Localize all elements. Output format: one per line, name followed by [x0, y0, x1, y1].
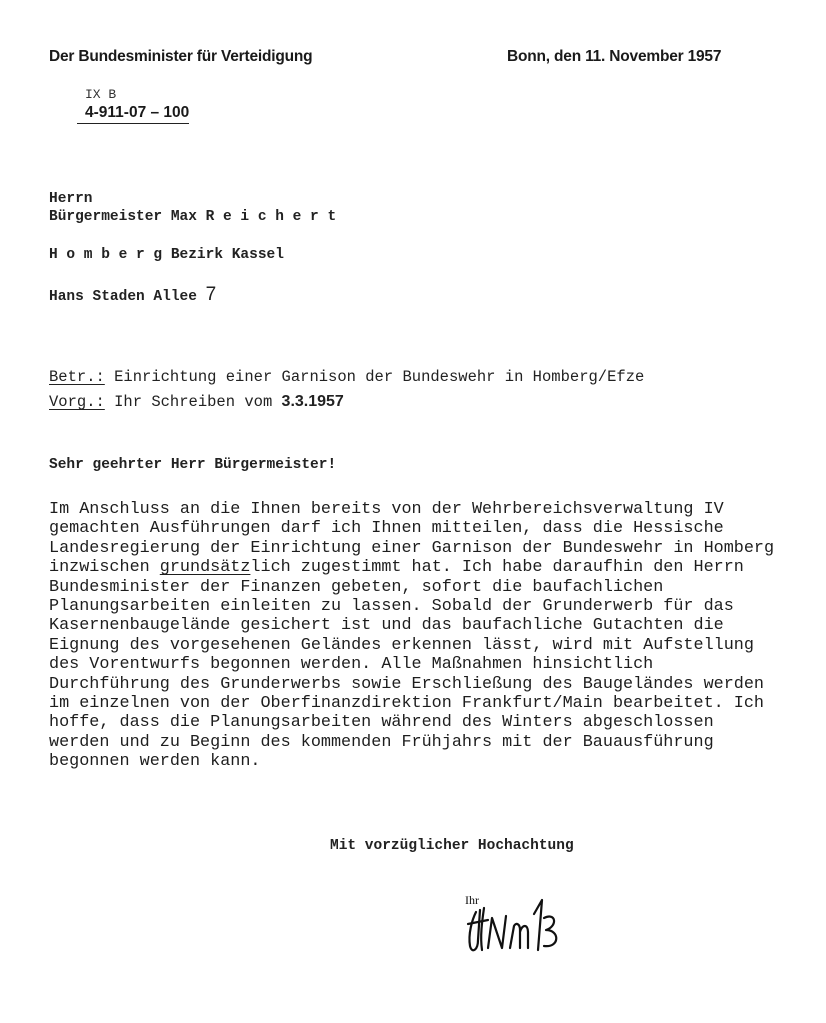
place-date: Bonn, den 11. November 1957	[507, 48, 721, 66]
handwritten-signature-icon	[458, 890, 568, 960]
body-text-segment: inzwischen	[49, 558, 160, 577]
body-line: begonnen werden kann.	[49, 752, 774, 771]
vorg-date: 3.3.1957	[282, 393, 344, 410]
body-line: Eignung des vorgesehenen Geländes erkenn…	[49, 636, 774, 655]
body-line: Durchführung des Grunderwerbs sowie Ersc…	[49, 675, 774, 694]
vorg-text: Ihr Schreiben vom	[105, 393, 282, 411]
recipient-name: Bürgermeister Max R e i c h e r t	[49, 208, 336, 226]
body-line: gemachten Ausführungen darf ich Ihnen mi…	[49, 519, 774, 538]
body-line: werden und zu Beginn des kommenden Frühj…	[49, 733, 774, 752]
greeting: Sehr geehrter Herr Bürgermeister!	[49, 457, 336, 473]
recipient-salutation: Herrn	[49, 190, 93, 208]
letter-body: Im Anschluss an die Ihnen bereits von de…	[49, 500, 774, 772]
reference-prefix: IX B	[85, 87, 116, 102]
body-line: im einzelnen von der Oberfinanzdirektion…	[49, 694, 774, 713]
street-name: Hans Staden Allee	[49, 289, 206, 305]
vorg-label: Vorg.:	[49, 393, 105, 411]
subject-vorg: Vorg.: Ihr Schreiben vom 3.3.1957	[49, 392, 344, 412]
body-line: inzwischen grundsätzlich zugestimmt hat.…	[49, 558, 774, 577]
subject-betr: Betr.: Einrichtung einer Garnison der Bu…	[49, 367, 644, 387]
body-line: Im Anschluss an die Ihnen bereits von de…	[49, 500, 774, 519]
underlined-word: grundsätz	[160, 558, 251, 577]
betr-text: Einrichtung einer Garnison der Bundesweh…	[105, 368, 645, 386]
reference-number: IX B 4-911-07 – 100	[77, 67, 189, 124]
body-text-segment: lich zugestimmt hat. Ich habe daraufhin …	[250, 558, 743, 577]
closing: Mit vorzüglicher Hochachtung	[330, 838, 574, 854]
betr-label: Betr.:	[49, 368, 105, 386]
body-line: Kasernenbaugelände gesichert ist und das…	[49, 616, 774, 635]
body-line: Planungsarbeiten einleiten zu lassen. So…	[49, 597, 774, 616]
reference-code: 4-911-07 – 100	[85, 104, 189, 121]
house-number: 7	[206, 284, 217, 305]
body-line: Landesregierung der Einrichtung einer Ga…	[49, 539, 774, 558]
body-line: Bundesminister der Finanzen gebeten, sof…	[49, 578, 774, 597]
recipient-city: H o m b e r g Bezirk Kassel	[49, 246, 284, 264]
body-line: hoffe, dass die Planungsarbeiten während…	[49, 713, 774, 732]
sender-title: Der Bundesminister für Verteidigung	[49, 48, 312, 66]
recipient-street: Hans Staden Allee 7	[49, 286, 216, 306]
body-line: des Vorentwurfs begonnen werden. Alle Ma…	[49, 655, 774, 674]
